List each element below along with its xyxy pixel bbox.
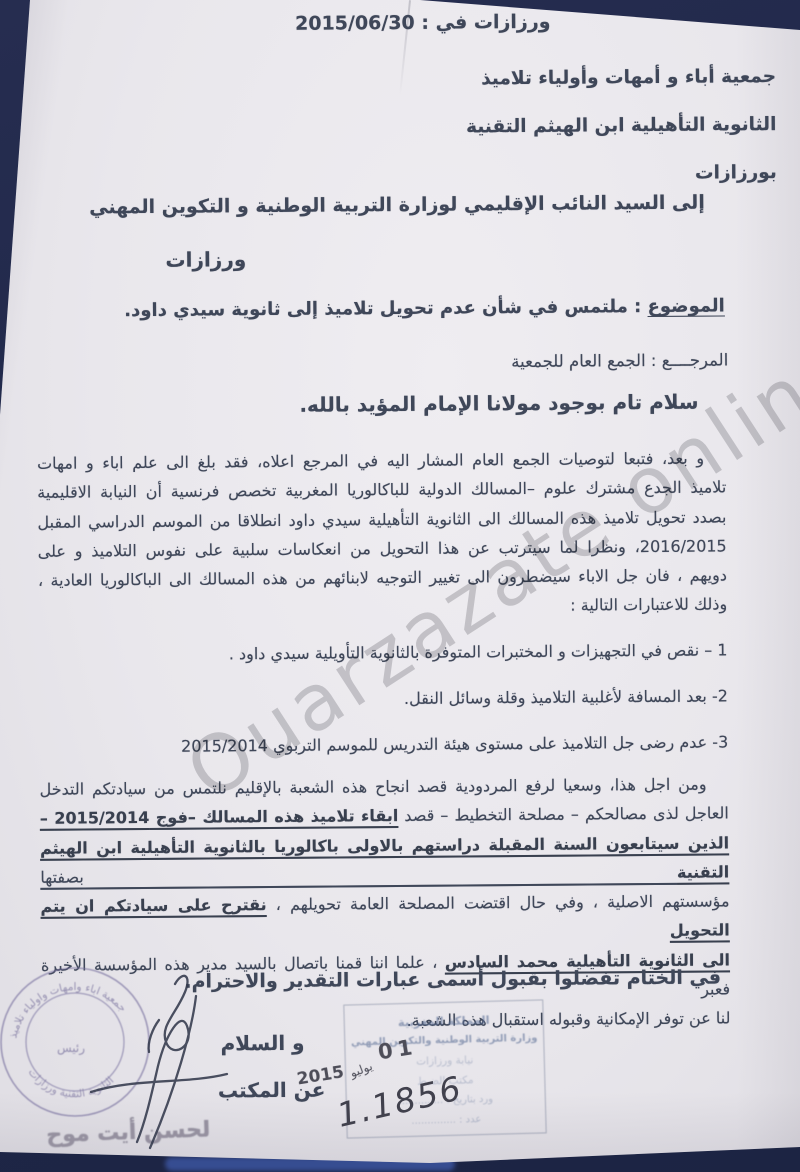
scanned-letter-photo: ورزازات في : 2015/06/30 جمعية أباء و أمه… — [0, 0, 800, 1172]
handwritten-signature — [55, 968, 275, 1158]
text-line: وذلك للاعتبارات التالية : — [38, 590, 727, 625]
text-segment: بصفتها — [40, 863, 677, 887]
text-segment: نيابة ورزازات — [416, 1054, 473, 1067]
text-segment: دويهم ، فان جل الاباء سيضطرون الى تغيير … — [38, 566, 727, 590]
text-segment: 1 – نقص في التجهيزات و المختبرات المتوفر… — [229, 640, 728, 663]
reference-text: : الجمع العام للجمعية — [511, 351, 662, 371]
text-line: الثانوية التأهيلية ابن الهيثم التقنية — [466, 101, 777, 151]
text-segment: الثانوية التأهيلية ابن الهيثم التقنية — [466, 114, 776, 137]
text-segment: 2016/2015، ونظرا لما سيترتب عن هذا التحو… — [38, 536, 727, 560]
text-segment: و بعد، فتبعا لتوصيات الجمع العام المشار … — [37, 449, 704, 473]
text-segment: 3- عدم رضى جل التلاميذ على مستوى هيئة ال… — [181, 732, 728, 755]
text-line: 2- بعد المسافة لأغلبية التلاميذ وقلة وسا… — [39, 683, 728, 714]
reference-label: المرجــــع — [662, 350, 729, 370]
text-segment: وذلك للاعتبارات التالية : — [570, 595, 727, 615]
text-line: مؤسستهم الاصلية ، وفي حال اقتضت المصلحة … — [40, 887, 729, 951]
letter-date: ورزازات في : 2015/06/30 — [295, 11, 551, 35]
text-segment: ومن اجل هذا، وسعيا لرفع المردودية قصد ان… — [40, 775, 707, 799]
subject-text: : ملتمس في شأن عدم تحويل تلاميذ إلى ثانو… — [124, 296, 647, 321]
text-segment: المملكة المغربية — [398, 1013, 490, 1029]
text-segment: تلاميذ الجدع مشترك علوم –المسالك الدولية… — [37, 478, 726, 502]
text-segment: بورزازات — [695, 162, 777, 184]
association-letterhead: جمعية أباء و أمهات وأولياء تلاميذالثانوي… — [466, 53, 777, 199]
text-line: 3- عدم رضى جل التلاميذ على مستوى هيئة ال… — [39, 729, 728, 760]
received-month: يوليو — [348, 1059, 375, 1080]
text-segment: مؤسستهم الاصلية ، وفي حال اقتضت المصلحة … — [267, 892, 730, 915]
received-day: 01 — [376, 1035, 419, 1065]
text-segment: 2- بعد المسافة لأغلبية التلاميذ وقلة وسا… — [404, 686, 728, 708]
salutation-line: سلام تام بوجود مولانا الإمام المؤيد بالل… — [299, 390, 698, 417]
text-line: تلاميذ الجدع مشترك علوم –المسالك الدولية… — [37, 473, 726, 508]
addressee-line: إلى السيد النائب الإقليمي لوزارة التربية… — [57, 191, 737, 218]
text-segment: ابقاء تلاميذ هذه المسالك –فوج 2015/2014 … — [40, 806, 399, 828]
body-paragraph-1: و بعد، فتبعا لتوصيات الجمع العام المشار … — [37, 443, 727, 624]
addressee-city: ورزازات — [165, 247, 246, 272]
text-segment: العاجل لذى مصالحكم – مصلحة التخطيط – قصد — [398, 804, 729, 826]
text-segment: بصدد تحويل تلاميذ هذه المسالك الى الثانو… — [37, 507, 726, 531]
subject-label: الموضوع — [647, 295, 724, 317]
reasons-list: 1 – نقص في التجهيزات و المختبرات المتوفر… — [38, 637, 728, 780]
text-line: 1 – نقص في التجهيزات و المختبرات المتوفر… — [38, 637, 727, 668]
text-segment: جمعية أباء و أمهات وأولياء تلاميذ — [481, 66, 776, 89]
text-line: جمعية أباء و أمهات وأولياء تلاميذ — [466, 53, 777, 103]
reference-line: المرجــــع : الجمع العام للجمعية — [511, 350, 728, 371]
subject-line: الموضوع : ملتمس في شأن عدم تحويل تلاميذ … — [124, 295, 725, 321]
text-line: الذين سيتابعون السنة المقبلة دراستهم بال… — [40, 828, 729, 892]
